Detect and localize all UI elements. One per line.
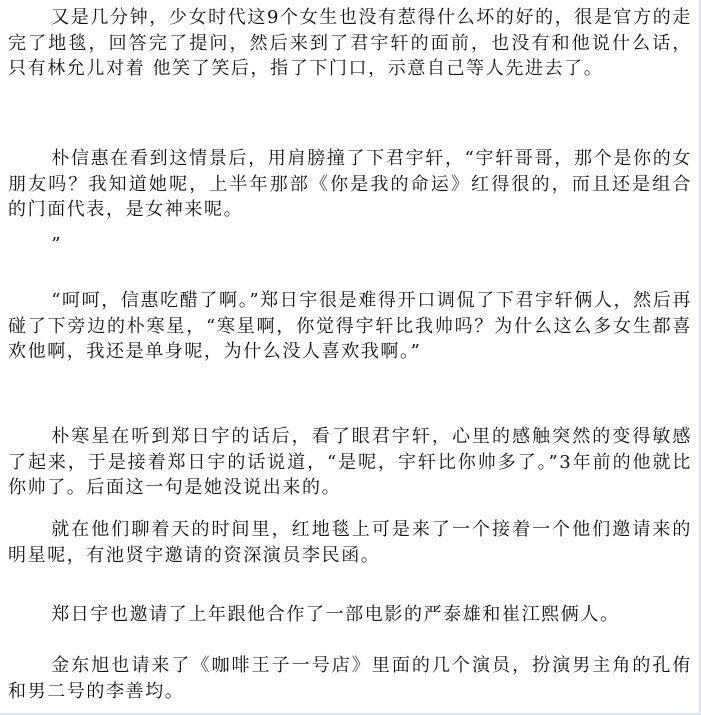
paragraph-7: 郑日宇也邀请了上年跟他合作了一部电影的严泰雄和崔江熙俩人。: [8, 602, 692, 628]
paragraph-6: 就在他们聊着天的时间里，红地毯上可是来了一个接着一个他们邀请来的明星呢，有池贤宇…: [8, 517, 692, 568]
paragraph-8: 金东旭也请来了《咖啡王子一号店》里面的几个演员，扮演男主角的孔侑和男二号的李善均…: [8, 653, 692, 704]
document-page: 又是几分钟，少女时代这9个女生也没有惹得什么坏的好的，很是官方的走完了地毯，回答…: [0, 0, 701, 715]
paragraph-2: 朴信惠在看到这情景后，用肩膀撞了下君宇轩，“宇轩哥哥，那个是你的女朋友吗？我知道…: [8, 146, 692, 223]
paragraph-5: 朴寒星在听到郑日宇的话后，看了眼君宇轩，心里的感触突然的变得敏感了起来，于是接着…: [8, 424, 692, 501]
paragraph-1: 又是几分钟，少女时代这9个女生也没有惹得什么坏的好的，很是官方的走完了地毯，回答…: [8, 5, 692, 82]
paragraph-3-stray-quote: ”: [8, 232, 692, 258]
paragraph-4: “呵呵，信惠吃醋了啊。”郑日宇很是难得开口调侃了下君宇轩俩人，然后再碰了下旁边的…: [8, 288, 692, 365]
